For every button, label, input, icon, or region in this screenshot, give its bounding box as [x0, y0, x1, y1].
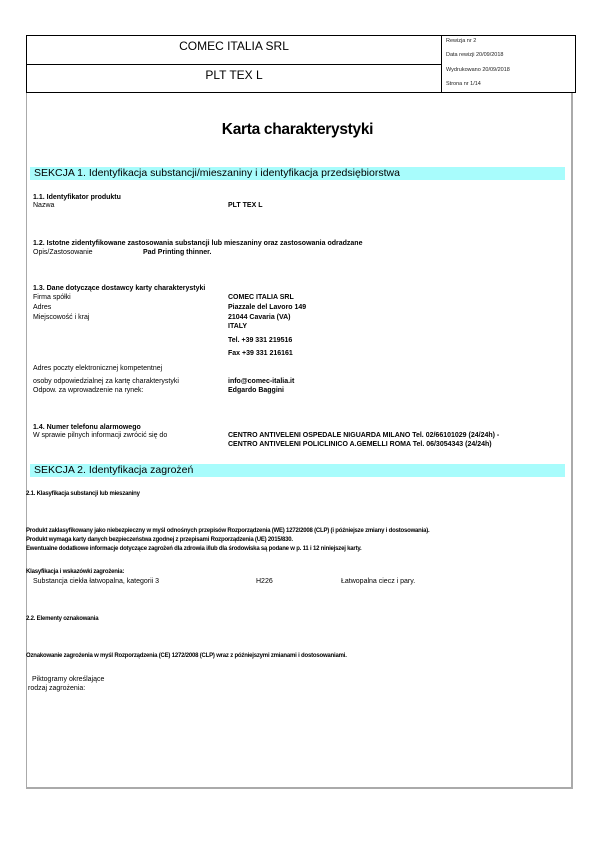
s14-heading: 1.4. Numer telefonu alarmowego	[33, 424, 141, 431]
email-label-2: osoby odpowiedzialnej za kartę charakter…	[33, 378, 179, 385]
email-label-1: Adres poczty elektronicznej kompetentnej	[33, 365, 162, 372]
s21-para-3: Ewentualne dodatkowe informacje dotycząc…	[26, 546, 362, 552]
market-value: Edgardo Baggini	[228, 387, 284, 394]
product-name: PLT TEX L	[27, 65, 441, 93]
address-label: Adres	[33, 304, 51, 311]
company-name: COMEC ITALIA SRL	[27, 36, 441, 65]
tel-value: Tel. +39 331 219516	[228, 337, 292, 344]
s22-heading: 2.2. Elementy oznakowania	[26, 616, 98, 622]
pictogram-label-1: Piktogramy określające	[32, 676, 104, 683]
s13-heading: 1.3. Dane dotyczące dostawcy karty chara…	[33, 285, 205, 292]
s12-label: Opis/Zastosowanie	[33, 249, 93, 256]
header-titles: COMEC ITALIA SRL PLT TEX L	[27, 36, 442, 92]
s12-heading: 1.2. Istotne zidentyfikowane zastosowani…	[33, 240, 362, 247]
section-1-heading: SEKCJA 1. Identyfikacja substancji/miesz…	[30, 167, 565, 180]
fax-value: Fax +39 331 216161	[228, 350, 293, 357]
s14-label: W sprawie pilnych informacji zwrócić się…	[33, 432, 167, 439]
s12-value: Pad Printing thinner.	[143, 249, 211, 256]
s11-label: Nazwa	[33, 202, 54, 209]
class-code: H226	[256, 578, 273, 585]
s11-heading: 1.1. Identyfikator produktu	[33, 194, 121, 201]
s14-line1: CENTRO ANTIVELENI OSPEDALE NIGUARDA MILA…	[228, 432, 499, 439]
document-header: COMEC ITALIA SRL PLT TEX L Rewizja nr 2 …	[26, 35, 576, 93]
printed-date: Wydrukowano 20/09/2018	[446, 67, 510, 73]
section-2-heading: SEKCJA 2. Identyfikacja zagrożeń	[30, 464, 565, 477]
pictogram-label-2: rodzaj zagrożenia:	[28, 685, 85, 692]
address-value: Piazzale del Lavoro 149	[228, 304, 306, 311]
s11-value: PLT TEX L	[228, 202, 262, 209]
revision-date: Data rewizji 20/09/2018	[446, 52, 503, 58]
class-heading: Klasyfikacja i wskazówki zagrożenia:	[26, 569, 124, 575]
s21-para-1: Produkt zaklasyfikowany jako niebezpiecz…	[26, 528, 430, 534]
country-value: ITALY	[228, 323, 247, 330]
class-desc: Łatwopalna ciecz i pary.	[341, 578, 415, 585]
revision: Rewizja nr 2	[446, 38, 476, 44]
class-name: Substancja ciekła łatwopalna, kategorii …	[33, 578, 159, 585]
s14-line2: CENTRO ANTIVELENI POLICLINICO A.GEMELLI …	[228, 441, 492, 448]
page-number: Strona nr 1/14	[446, 81, 481, 87]
labelling-text: Oznakowanie zagrożenia w myśl Rozporządz…	[26, 653, 347, 659]
email-value[interactable]: info@comec-italia.it	[228, 378, 294, 385]
document-title: Karta charakterystyki	[0, 121, 595, 139]
city-label: Miejscowość i kraj	[33, 314, 89, 321]
city-value: 21044 Cavaria (VA)	[228, 314, 291, 321]
s21-heading: 2.1. Klasyfikacja substancji lub mieszan…	[26, 491, 140, 497]
company-label: Firma spółki	[33, 294, 71, 301]
s21-para-2: Produkt wymaga karty danych bezpieczeńst…	[26, 537, 293, 543]
header-meta: Rewizja nr 2 Data rewizji 20/09/2018 Wyd…	[443, 36, 576, 92]
market-label: Odpow. za wprowadzenie na rynek:	[33, 387, 144, 394]
company-value: COMEC ITALIA SRL	[228, 294, 294, 301]
